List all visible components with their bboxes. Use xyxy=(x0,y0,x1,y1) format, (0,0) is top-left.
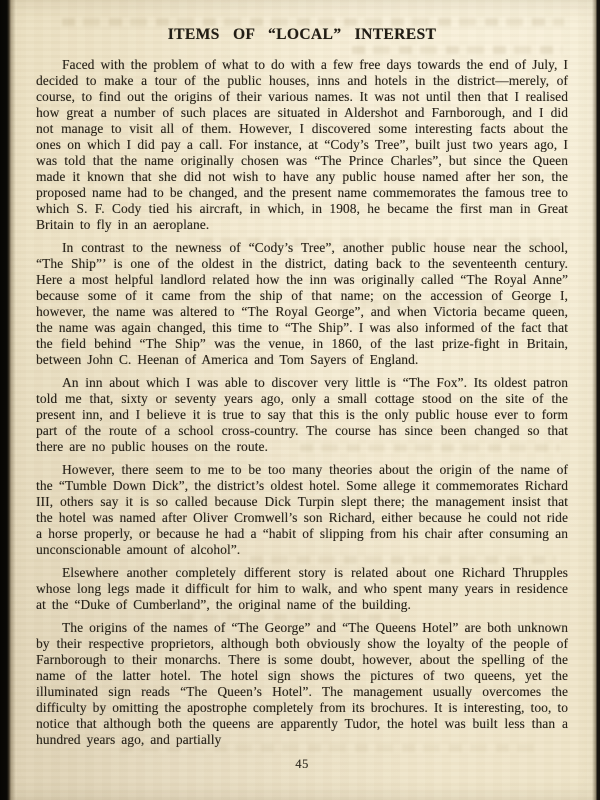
paragraph-duke-of-cumberland: Elsewhere another completely different s… xyxy=(36,565,568,613)
paragraph-the-ship: In contrast to the newness of “Cody’s Tr… xyxy=(36,240,568,368)
page-right-edge xyxy=(592,0,600,800)
page-number: 45 xyxy=(36,757,568,772)
paragraph-queens-hotel: The origins of the names of “The George”… xyxy=(36,620,568,748)
scanned-book-page: ITEMS OF “LOCAL” INTEREST Faced with the… xyxy=(0,0,600,800)
book-spine-shadow xyxy=(0,0,16,800)
page-title: ITEMS OF “LOCAL” INTEREST xyxy=(36,26,568,44)
paragraph-tumble-down-dick: However, there seem to me to be too many… xyxy=(36,462,568,558)
page-content: ITEMS OF “LOCAL” INTEREST Faced with the… xyxy=(36,26,568,800)
bleed-through-texture xyxy=(62,18,564,26)
paragraph-the-fox: An inn about which I was able to discove… xyxy=(36,375,568,455)
paragraph-cody-tree: Faced with the problem of what to do wit… xyxy=(36,57,568,233)
